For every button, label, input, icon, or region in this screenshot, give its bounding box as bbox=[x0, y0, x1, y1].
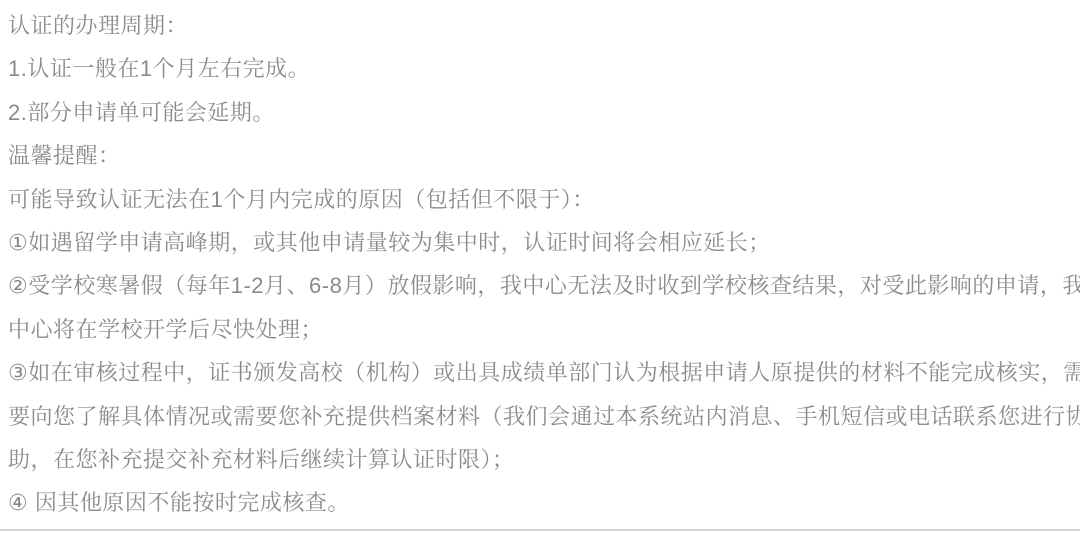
reason-2-line-2: 中心将在学校开学后尽快处理； bbox=[8, 308, 1072, 351]
reason-3-line-1: ③如在审核过程中，证书颁发高校（机构）或出具成绩单部门认为根据申请人原提供的材料… bbox=[8, 351, 1072, 394]
reason-3-line-3: 助，在您补充提交补充材料后继续计算认证时限）； bbox=[8, 438, 1072, 481]
reason-1: ①如遇留学申请高峰期，或其他申请量较为集中时，认证时间将会相应延长； bbox=[8, 221, 1072, 264]
reason-3-line-2: 要向您了解具体情况或需要您补充提供档案材料（我们会通过本系统站内消息、手机短信或… bbox=[8, 395, 1072, 438]
certification-period-notice: 认证的办理周期： 1.认证一般在1个月左右完成。 2.部分申请单可能会延期。 温… bbox=[0, 0, 1080, 533]
reminder-title: 温馨提醒： bbox=[8, 134, 1072, 177]
notice-point-2: 2.部分申请单可能会延期。 bbox=[8, 91, 1072, 134]
reasons-intro: 可能导致认证无法在1个月内完成的原因（包括但不限于）： bbox=[8, 178, 1072, 221]
reason-4: ④ 因其他原因不能按时完成核查。 bbox=[8, 481, 1072, 524]
reason-2-line-1: ②受学校寒暑假（每年1-2月、6-8月）放假影响，我中心无法及时收到学校核查结果… bbox=[8, 264, 1072, 307]
notice-title: 认证的办理周期： bbox=[8, 4, 1072, 47]
bottom-divider bbox=[0, 529, 1080, 531]
notice-point-1: 1.认证一般在1个月左右完成。 bbox=[8, 47, 1072, 90]
